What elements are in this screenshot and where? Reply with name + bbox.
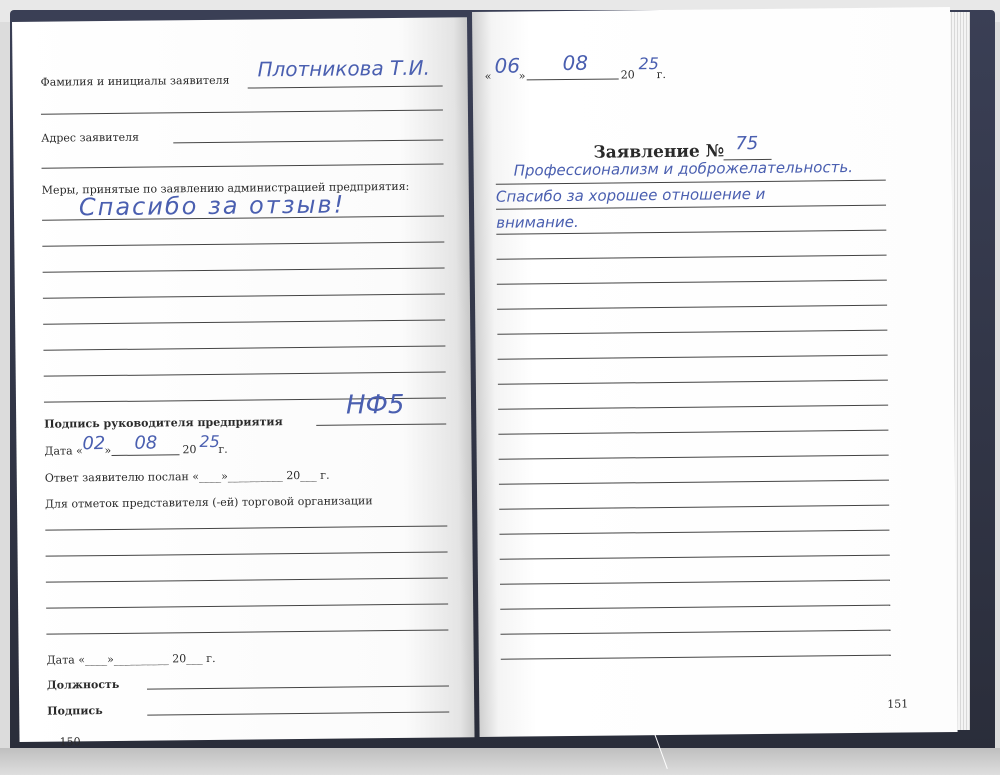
applicant-name-value: Плотникова Т.И. [257, 56, 430, 82]
manager-signature-label: Подпись руководителя предприятия [44, 415, 283, 430]
ruled-line [496, 180, 886, 185]
ruled-line [496, 205, 886, 210]
form-line [42, 163, 444, 168]
position-label: Должность [47, 678, 119, 692]
form-line [44, 371, 446, 376]
page-number-left: 150 [59, 735, 80, 748]
statement-number: 75 [735, 133, 758, 154]
ruled-line [497, 305, 887, 310]
signature-label: Подпись [47, 704, 103, 718]
form-line [46, 577, 448, 582]
page-number-right: 151 [887, 697, 908, 710]
ruled-line [498, 430, 888, 435]
date-month-line [112, 454, 180, 456]
manager-signature: НФ5 [346, 390, 405, 421]
date-open: « [485, 70, 492, 83]
form-line [42, 241, 444, 246]
left-page: Фамилия и инициалы заявителя Плотникова … [12, 17, 475, 742]
date-day: 06 [494, 54, 520, 78]
signature-line [316, 423, 446, 425]
address-line [173, 139, 443, 143]
date-year: 25 [199, 432, 220, 451]
statement-text-line: Спасибо за хорошее отношение и [496, 185, 766, 206]
form-line [46, 603, 448, 608]
position-line [147, 685, 449, 689]
ruled-line [497, 330, 887, 335]
date-suffix: г. [657, 68, 666, 81]
date-suffix: г. [218, 443, 227, 456]
reply-sent-label: Ответ заявителю послан «____»__________ … [45, 469, 330, 485]
ruled-line [500, 555, 890, 560]
ruled-line [501, 655, 891, 660]
form-line [41, 109, 443, 114]
form-line [46, 551, 448, 556]
ruled-line [498, 355, 888, 360]
ruled-line [498, 405, 888, 410]
ruled-line [501, 630, 891, 635]
signature-field-line [147, 711, 449, 715]
statement-text-line: Профессионализм и доброжелательность. [514, 158, 854, 180]
date-close: » [104, 444, 111, 457]
ruled-line [500, 605, 890, 610]
form-line [46, 629, 448, 634]
statement-text-line: внимание. [496, 213, 579, 232]
form-line [43, 319, 445, 324]
date-month-line [527, 78, 619, 80]
form-line [43, 293, 445, 298]
date-year-prefix: 20 [182, 443, 196, 456]
table-surface [0, 748, 1000, 775]
date2-label: Дата «____»__________ 20___ г. [47, 652, 216, 667]
applicant-name-label: Фамилия и инициалы заявителя [41, 74, 230, 89]
ruled-line [499, 455, 889, 460]
ruled-line [499, 530, 889, 535]
date-day: 02 [82, 433, 105, 454]
date-label: Дата « [44, 444, 83, 457]
form-line [43, 267, 445, 272]
right-page: « 06 » 08 20 25 г. Заявление № 75 Профес… [472, 7, 958, 737]
date-month: 08 [134, 433, 157, 454]
date-close: » [519, 69, 526, 82]
form-line [45, 525, 447, 530]
date-year-prefix: 20 [621, 68, 635, 81]
trade-rep-label: Для отметок представителя (-ей) торговой… [45, 494, 373, 510]
applicant-name-line [248, 85, 443, 88]
ruled-line [497, 255, 887, 260]
ruled-line [499, 480, 889, 485]
ruled-line [498, 380, 888, 385]
ruled-line [499, 505, 889, 510]
address-label: Адрес заявителя [41, 131, 139, 145]
ruled-line [497, 280, 887, 285]
date-month: 08 [562, 51, 588, 75]
ruled-line [500, 580, 890, 585]
form-line [43, 345, 445, 350]
